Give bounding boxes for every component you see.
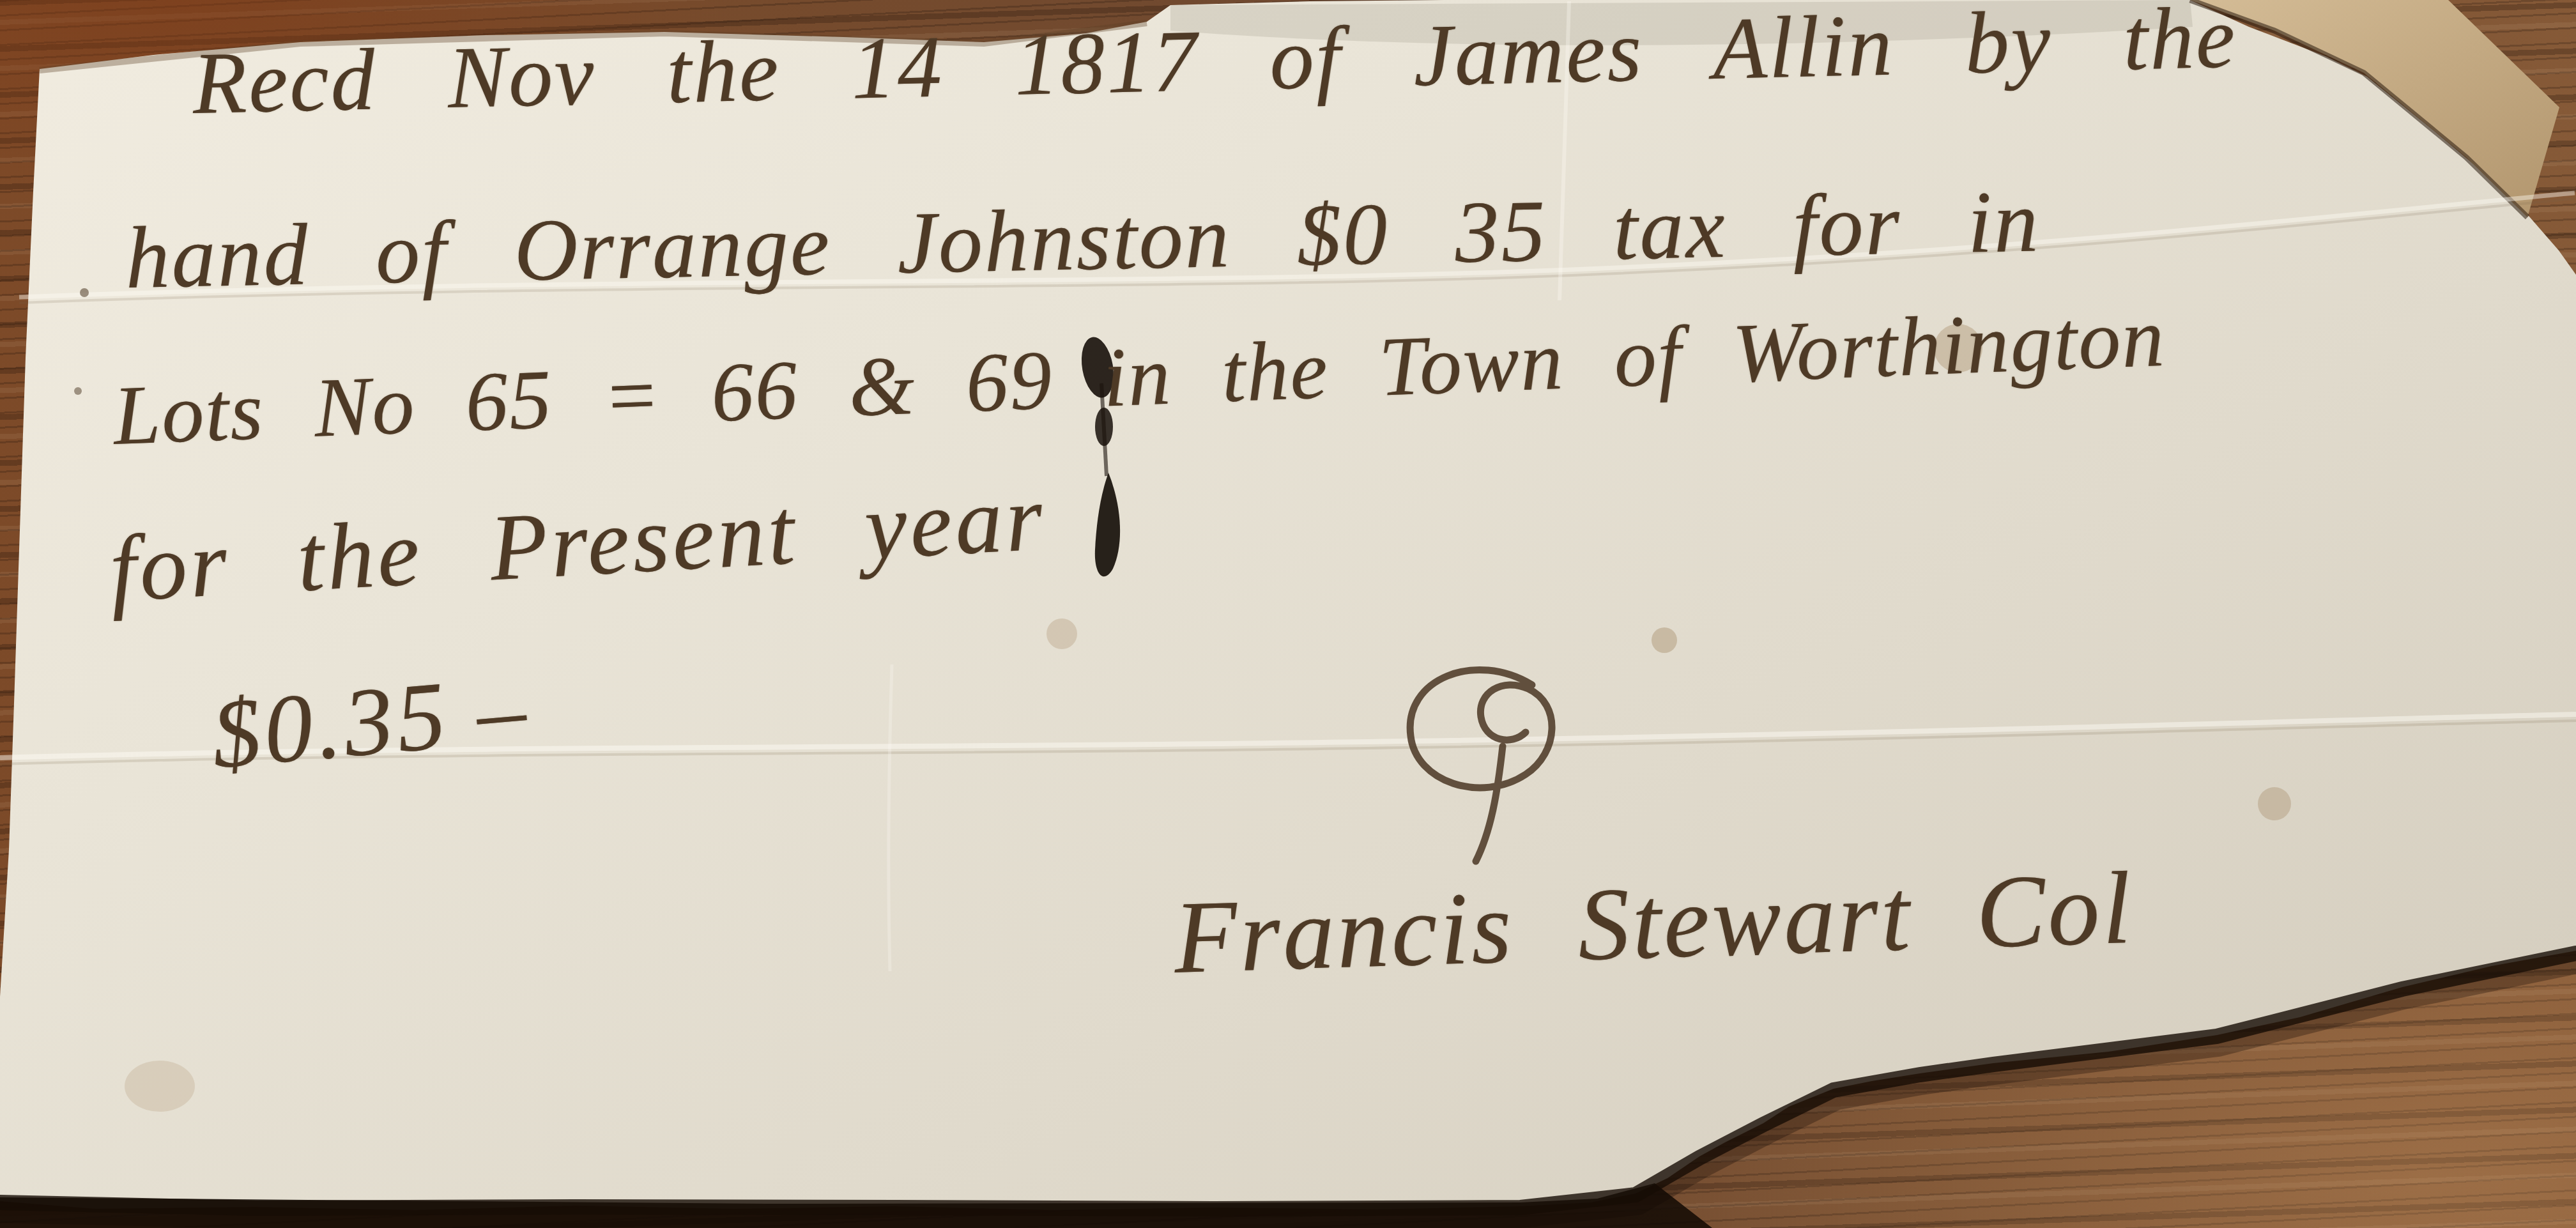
- paper-sheet-graphic: [0, 0, 2576, 1228]
- receipt-amount: $0.35 –: [208, 659, 533, 784]
- receipt-photo: Recd Nov the 14 1817 of James Allin by t…: [0, 0, 2576, 1228]
